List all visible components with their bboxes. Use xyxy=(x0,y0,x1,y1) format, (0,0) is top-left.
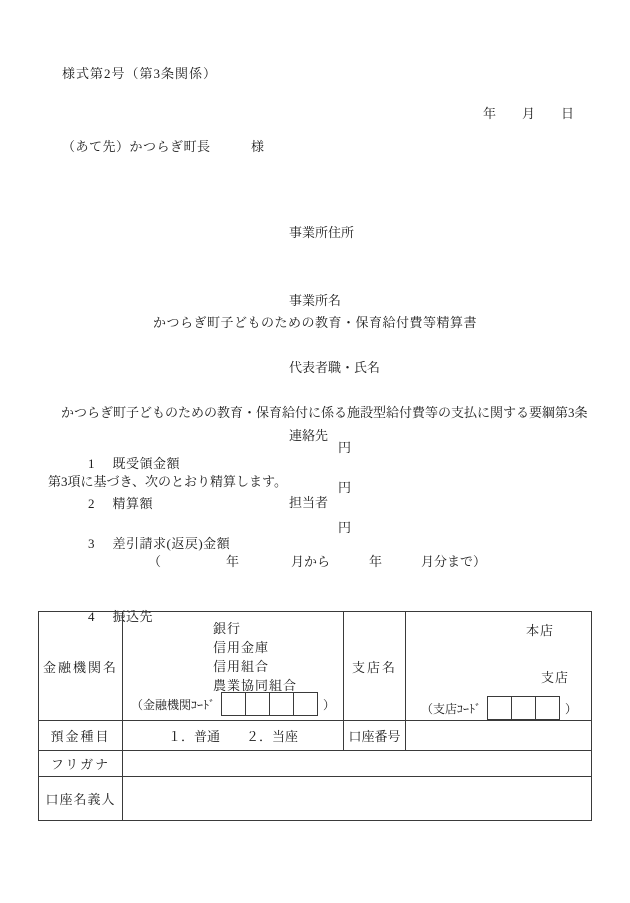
code-box xyxy=(487,696,512,720)
institution-code-close: ） xyxy=(323,696,335,716)
institution-code-row: （金融機関ｺｰﾄﾞ ） xyxy=(131,692,335,716)
code-box xyxy=(245,692,270,716)
item-label: 精算額 xyxy=(113,496,154,511)
furigana-cell xyxy=(123,751,592,777)
branch-code-label: （支店ｺｰﾄﾞ xyxy=(421,700,481,720)
branch-code-row: （支店ｺｰﾄﾞ ） xyxy=(421,696,577,720)
deposit-type-label: 預金種目 xyxy=(39,721,123,751)
institution-type-list: 銀行 信用金庫 信用組合 農業協同組合 xyxy=(123,616,343,695)
institution-type-shinkin: 信用金庫 xyxy=(213,638,343,657)
code-box xyxy=(535,696,560,720)
table-row-financial-institution: 金融機関名 銀行 信用金庫 信用組合 農業協同組合 （金融機関ｺｰﾄﾞ xyxy=(39,612,592,721)
account-number-cell xyxy=(406,721,592,751)
document-page: 様式第2号（第3条関係） 年 月 日 （あて先）かつらぎ町長 様 事業所住所 事… xyxy=(0,0,630,903)
account-holder-label: 口座名義人 xyxy=(39,777,123,821)
item-number: 3 xyxy=(88,536,95,551)
item-number: 2 xyxy=(88,496,95,511)
applicant-field-address: 事業所住所 xyxy=(289,222,380,245)
institution-type-bank: 銀行 xyxy=(213,619,343,638)
table-row-account-holder: 口座名義人 xyxy=(39,777,592,821)
yen-unit: 円 xyxy=(338,477,351,496)
furigana-label: フリガナ xyxy=(39,751,123,777)
institution-type-credit-union: 信用組合 xyxy=(213,657,343,676)
code-box xyxy=(221,692,246,716)
account-holder-cell xyxy=(123,777,592,821)
yen-unit: 円 xyxy=(338,437,351,456)
item-number: 1 xyxy=(88,456,95,471)
code-box xyxy=(293,692,318,716)
body-line-1: かつらぎ町子どものための教育・保育給付に係る施設型給付費等の支払に関する要綱第3… xyxy=(48,401,598,424)
payee-table: 金融機関名 銀行 信用金庫 信用組合 農業協同組合 （金融機関ｺｰﾄﾞ xyxy=(38,611,592,821)
branch-code-close: ） xyxy=(565,700,577,720)
branch-code-boxes xyxy=(487,696,560,720)
applicant-field-name: 事業所名 xyxy=(289,290,380,313)
item-label: 既受領金額 xyxy=(113,456,181,471)
code-box xyxy=(269,692,294,716)
table-row-deposit-type: 預金種目 １．普通 ２．当座 口座番号 xyxy=(39,721,592,751)
yen-unit: 円 xyxy=(338,517,351,536)
addressee-line: （あて先）かつらぎ町長 様 xyxy=(62,136,265,155)
issue-date-line: 年 月 日 xyxy=(483,103,574,122)
branch-word: 支店 xyxy=(541,667,591,686)
table-row-furigana: フリガナ xyxy=(39,751,592,777)
deposit-options: １．普通 ２．当座 xyxy=(123,721,344,751)
branch-cell: 本店 支店 （支店ｺｰﾄﾞ ） xyxy=(406,612,592,721)
settlement-period-line: （ 年 月から 年 月分まで） xyxy=(148,551,486,570)
item-label: 差引請求(返戻)金額 xyxy=(113,536,231,551)
financial-institution-label: 金融機関名 xyxy=(39,612,123,721)
code-box xyxy=(511,696,536,720)
account-number-label: 口座番号 xyxy=(344,721,406,751)
institution-code-boxes xyxy=(221,692,318,716)
form-number: 様式第2号（第3条関係） xyxy=(62,63,217,82)
branch-name-label: 支店名 xyxy=(344,612,406,721)
head-office-word: 本店 xyxy=(526,620,591,639)
document-title: かつらぎ町子どものための教育・保育給付費等精算書 xyxy=(0,312,630,331)
institution-code-label: （金融機関ｺｰﾄﾞ xyxy=(131,696,215,716)
institution-cell: 銀行 信用金庫 信用組合 農業協同組合 （金融機関ｺｰﾄﾞ ） xyxy=(123,612,344,721)
